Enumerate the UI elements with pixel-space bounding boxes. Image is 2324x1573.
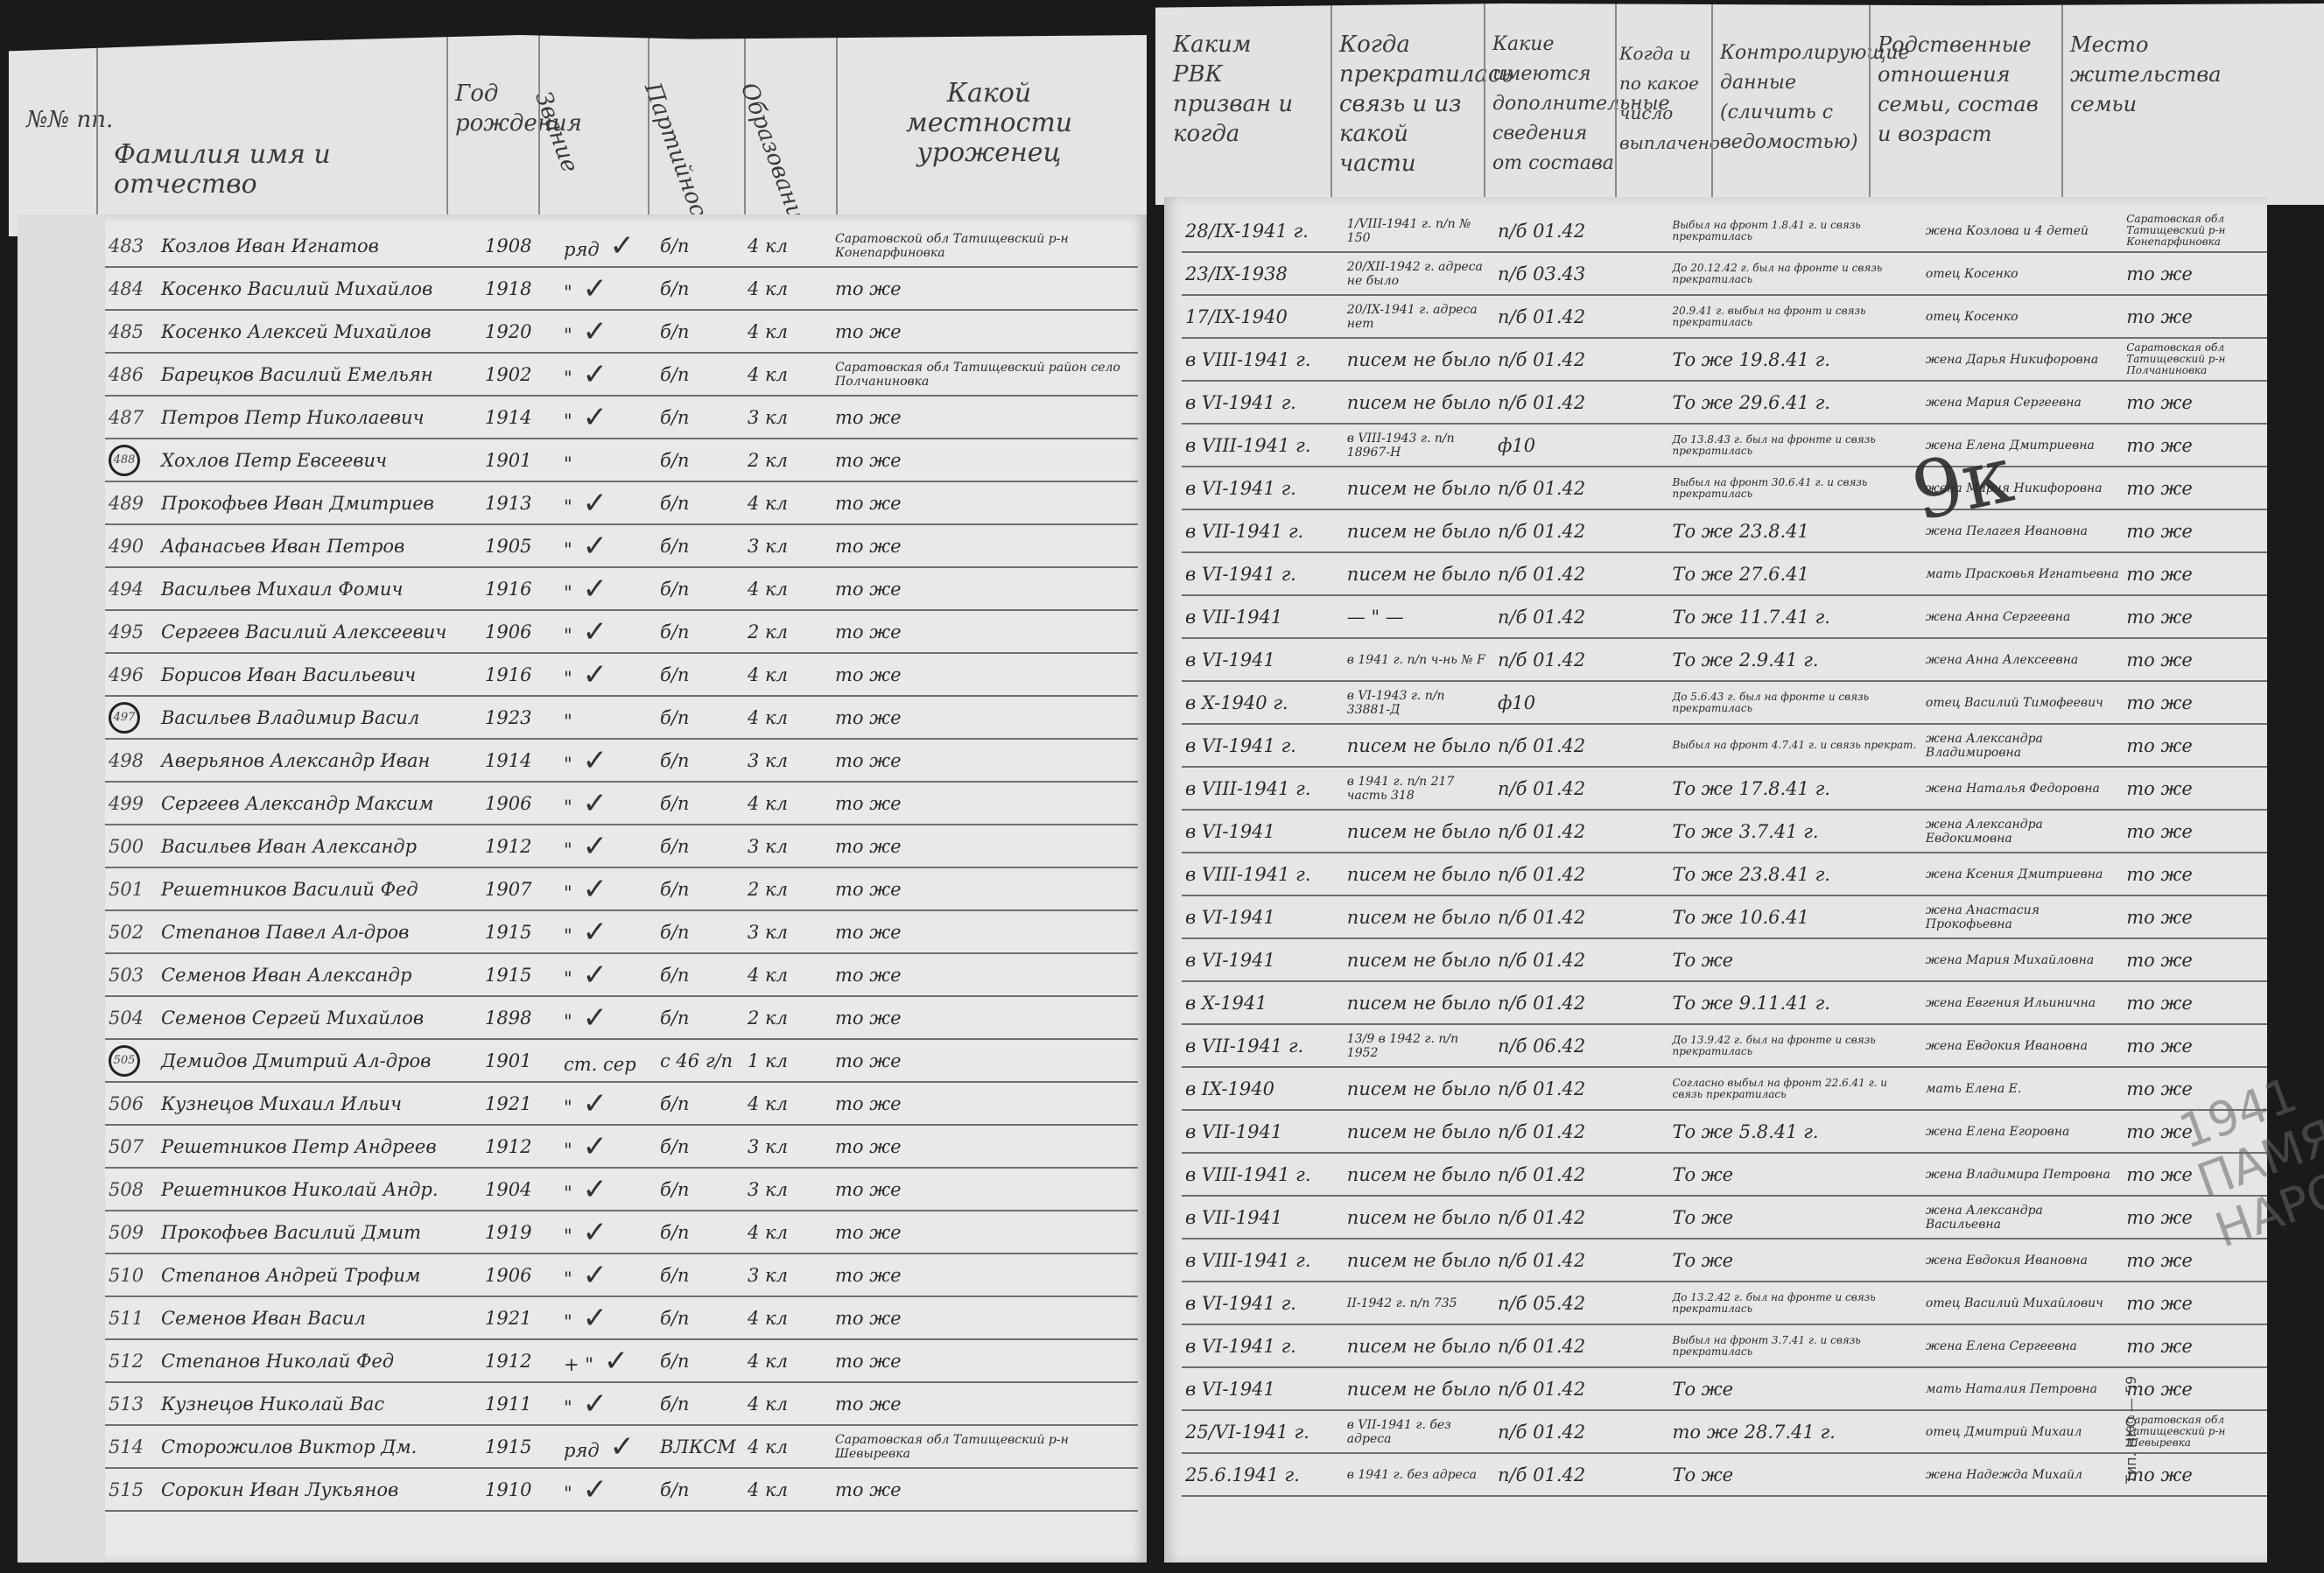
table-row: 504Семенов Сергей Михайлов1898" ✓б/п2 кл… <box>105 996 1138 1039</box>
control-data: То же <box>1668 1196 1921 1239</box>
origin: то же <box>832 524 1138 567</box>
full-name: Косенко Алексей Михайлов <box>158 310 481 353</box>
family-relation: отец Косенко <box>1922 252 2123 295</box>
family-residence: то же <box>2123 638 2267 681</box>
rvk-call-date: 25.6.1941 г. <box>1182 1453 1344 1496</box>
right-header-strip: Каким РВК призван и когда Когда прекрати… <box>1155 4 2324 205</box>
origin: то же <box>832 1468 1138 1511</box>
rank: " ✓ <box>560 1468 656 1511</box>
birth-year: 1902 <box>481 353 560 396</box>
family-relation: жена Надежда Михайл <box>1922 1453 2123 1496</box>
contact-ceased: в VI-1943 г. п/п 33881-Д <box>1344 681 1494 724</box>
checkmark-icon: ✓ <box>572 486 607 521</box>
birth-year: 1906 <box>481 1253 560 1296</box>
birth-year: 1913 <box>481 481 560 524</box>
contact-ceased: писем не было <box>1344 1239 1494 1282</box>
education: 2 кл <box>744 610 832 653</box>
family-relation: мать Елена Е. <box>1922 1067 2123 1110</box>
table-row: 506Кузнецов Михаил Ильич1921" ✓б/п4 клто… <box>105 1082 1138 1125</box>
checkmark-icon: ✓ <box>572 1387 607 1422</box>
origin: то же <box>832 867 1138 910</box>
table-row: в VI-1941 г.II-1942 г. п/п 735п/б 05.42Д… <box>1182 1282 2267 1324</box>
family-relation: жена Евгения Ильинична <box>1922 981 2123 1024</box>
party: б/п <box>656 696 744 739</box>
party: б/п <box>656 953 744 996</box>
header-origin: Какой местности уроженец <box>867 79 1112 168</box>
additional-info: п/б 01.42 <box>1494 1196 1668 1239</box>
table-row: 508Решетников Николай Андр.1904" ✓б/п3 к… <box>105 1168 1138 1211</box>
record-number: 496 <box>105 653 158 696</box>
table-row: 25.6.1941 г.в 1941 г. без адресап/б 01.4… <box>1182 1453 2267 1496</box>
table-row: в VII-1941 г.писем не былоп/б 01.42То же… <box>1182 509 2267 552</box>
rvk-call-date: в VII-1941 г. <box>1182 509 1344 552</box>
additional-info: п/б 01.42 <box>1494 1110 1668 1153</box>
header-control: Контролирующие данные (сличить с ведомос… <box>1720 39 1869 158</box>
control-data: То же <box>1668 1367 1921 1410</box>
record-number: 490 <box>105 524 158 567</box>
family-relation: жена Евдокия Ивановна <box>1922 1024 2123 1067</box>
control-data: Выбыл на фронт 30.6.41 г. и связь прекра… <box>1668 467 1921 509</box>
rvk-call-date: в VI-1941 <box>1182 638 1344 681</box>
birth-year: 1912 <box>481 1125 560 1168</box>
family-residence: то же <box>2123 595 2267 638</box>
rvk-call-date: в VI-1941 г. <box>1182 381 1344 424</box>
additional-info: п/б 01.42 <box>1494 853 1668 895</box>
additional-info: п/б 01.42 <box>1494 938 1668 981</box>
family-residence: то же <box>2123 509 2267 552</box>
full-name: Афанасьев Иван Петров <box>158 524 481 567</box>
control-data: То же 29.6.41 г. <box>1668 381 1921 424</box>
record-number: 494 <box>105 567 158 610</box>
table-row: 510Степанов Андрей Трофим1906" ✓б/п3 клт… <box>105 1253 1138 1296</box>
origin: то же <box>832 1039 1138 1082</box>
birth-year: 1906 <box>481 610 560 653</box>
table-row: 498Аверьянов Александр Иван1914" ✓б/п3 к… <box>105 739 1138 782</box>
birth-year: 1923 <box>481 696 560 739</box>
rank: " ✓ <box>560 867 656 910</box>
control-data: До 5.6.43 г. был на фронте и связь прекр… <box>1668 681 1921 724</box>
record-number: 489 <box>105 481 158 524</box>
table-row: в X-1941писем не былоп/б 01.42То же 9.11… <box>1182 981 2267 1024</box>
full-name: Решетников Николай Андр. <box>158 1168 481 1211</box>
left-margin <box>18 214 105 1562</box>
control-data: Согласно выбыл на фронт 22.6.41 г. и свя… <box>1668 1067 1921 1110</box>
checkmark-icon: ✓ <box>572 572 607 607</box>
control-data: То же 3.7.41 г. <box>1668 810 1921 853</box>
contact-ceased: 1/VIII-1941 г. п/п № 150 <box>1344 210 1494 252</box>
additional-info: п/б 01.42 <box>1494 210 1668 252</box>
birth-year: 1915 <box>481 910 560 953</box>
table-row: 499Сергеев Александр Максим1906" ✓б/п4 к… <box>105 782 1138 825</box>
table-row: в VIII-1941 г.писем не былоп/б 01.42То ж… <box>1182 1153 2267 1196</box>
rvk-call-date: в VI-1941 <box>1182 1367 1344 1410</box>
party: б/п <box>656 481 744 524</box>
contact-ceased: писем не было <box>1344 938 1494 981</box>
rank: " ✓ <box>560 653 656 696</box>
header-additional: Какие имеются дополнительные сведения от… <box>1492 30 1615 179</box>
rank: " ✓ <box>560 353 656 396</box>
rvk-call-date: 28/IX-1941 г. <box>1182 210 1344 252</box>
family-relation: мать Наталия Петровна <box>1922 1367 2123 1410</box>
checkmark-icon: ✓ <box>572 915 607 950</box>
party: б/п <box>656 996 744 1039</box>
table-row: в VI-1941 г.писем не былоп/б 01.42Выбыл … <box>1182 724 2267 767</box>
contact-ceased: 13/9 в 1942 г. п/п 1952 <box>1344 1024 1494 1067</box>
family-relation: жена Наталья Федоровна <box>1922 767 2123 810</box>
contact-ceased: — " — <box>1344 595 1494 638</box>
rvk-call-date: в VIII-1941 г. <box>1182 1153 1344 1196</box>
rank: " ✓ <box>560 1382 656 1425</box>
birth-year: 1898 <box>481 996 560 1039</box>
full-name: Прокофьев Василий Дмит <box>158 1211 481 1253</box>
family-relation: жена Евдокия Ивановна <box>1922 1239 2123 1282</box>
family-relation: жена Елена Сергеевна <box>1922 1324 2123 1367</box>
checkmark-icon: ✓ <box>572 529 607 564</box>
checkmark-icon: ✓ <box>572 1129 607 1164</box>
family-relation: жена Козлова и 4 детей <box>1922 210 2123 252</box>
additional-info: п/б 01.42 <box>1494 810 1668 853</box>
contact-ceased: 20/IX-1941 г. адреса нет <box>1344 295 1494 338</box>
additional-info: п/б 01.42 <box>1494 338 1668 381</box>
contact-ceased: писем не было <box>1344 1153 1494 1196</box>
origin: то же <box>832 1211 1138 1253</box>
family-residence: то же <box>2123 381 2267 424</box>
control-data: Выбыл на фронт 3.7.41 г. и связь прекрат… <box>1668 1324 1921 1367</box>
rvk-call-date: в X-1940 г. <box>1182 681 1344 724</box>
table-row: 486Барецков Василий Емельян1902" ✓б/п4 к… <box>105 353 1138 396</box>
full-name: Петров Петр Николаевич <box>158 396 481 439</box>
table-row: 484Косенко Василий Михайлов1918" ✓б/п4 к… <box>105 267 1138 310</box>
record-number: 512 <box>105 1339 158 1382</box>
party: б/п <box>656 610 744 653</box>
checkmark-icon: ✓ <box>593 1344 628 1379</box>
rvk-call-date: в X-1941 <box>1182 981 1344 1024</box>
full-name: Васильев Владимир Васил <box>158 696 481 739</box>
origin: то же <box>832 739 1138 782</box>
rank: + " ✓ <box>560 1339 656 1382</box>
origin: то же <box>832 910 1138 953</box>
party: б/п <box>656 867 744 910</box>
table-row: в VII-1941писем не былоп/б 01.42То же 5.… <box>1182 1110 2267 1153</box>
birth-year: 1920 <box>481 310 560 353</box>
control-data: До 20.12.42 г. был на фронте и связь пре… <box>1668 252 1921 295</box>
family-relation: жена Мария Михайловна <box>1922 938 2123 981</box>
education: 4 кл <box>744 1082 832 1125</box>
additional-info: п/б 01.42 <box>1494 381 1668 424</box>
table-row: 23/IX-193820/XII-1942 г. адреса не былоп… <box>1182 252 2267 295</box>
additional-info: п/б 01.42 <box>1494 295 1668 338</box>
full-name: Кузнецов Михаил Ильич <box>158 1082 481 1125</box>
record-number: 513 <box>105 1382 158 1425</box>
rank: " ✓ <box>560 1296 656 1339</box>
birth-year: 1906 <box>481 782 560 825</box>
table-row: 515Сорокин Иван Лукьянов1910" ✓б/п4 клто… <box>105 1468 1138 1511</box>
printer-mark: Тип. НКО — 59 <box>2123 1376 2139 1484</box>
record-number: 486 <box>105 353 158 396</box>
control-data: То же 23.8.41 <box>1668 509 1921 552</box>
rank: " ✓ <box>560 825 656 867</box>
rvk-call-date: в VIII-1941 г. <box>1182 424 1344 467</box>
record-number: 487 <box>105 396 158 439</box>
rank: " ✓ <box>560 1211 656 1253</box>
party: ВЛКСМ <box>656 1425 744 1468</box>
additional-info: п/б 01.42 <box>1494 981 1668 1024</box>
additional-info: п/б 01.42 <box>1494 1453 1668 1496</box>
birth-year: 1916 <box>481 567 560 610</box>
table-row: в IX-1940писем не былоп/б 01.42Согласно … <box>1182 1067 2267 1110</box>
table-row: 512Степанов Николай Фед1912+ " ✓б/п4 клт… <box>105 1339 1138 1382</box>
table-row: в X-1940 г.в VI-1943 г. п/п 33881-Дф10До… <box>1182 681 2267 724</box>
table-row: 511Семенов Иван Васил1921" ✓б/п4 клто же <box>105 1296 1138 1339</box>
rvk-call-date: 25/VI-1941 г. <box>1182 1410 1344 1453</box>
education: 2 кл <box>744 439 832 481</box>
additional-info: п/б 01.42 <box>1494 767 1668 810</box>
contact-ceased: писем не было <box>1344 853 1494 895</box>
table-row: в VIII-1941 г.писем не былоп/б 01.42То ж… <box>1182 1239 2267 1282</box>
family-relation: жена Анна Сергеевна <box>1922 595 2123 638</box>
full-name: Аверьянов Александр Иван <box>158 739 481 782</box>
table-row: в VIII-1941 г.писем не былоп/б 01.42То ж… <box>1182 338 2267 381</box>
contact-ceased: в 1941 г. без адреса <box>1344 1453 1494 1496</box>
control-data: То же 23.8.41 г. <box>1668 853 1921 895</box>
contact-ceased: писем не было <box>1344 509 1494 552</box>
birth-year: 1908 <box>481 225 560 267</box>
checkmark-icon: ✓ <box>572 872 607 907</box>
family-relation: отец Василий Тимофеевич <box>1922 681 2123 724</box>
birth-year: 1915 <box>481 953 560 996</box>
contact-ceased: писем не было <box>1344 1367 1494 1410</box>
family-relation: мать Прасковья Игнатьевна <box>1922 552 2123 595</box>
table-row: в VIII-1941 г.в 1941 г. п/п 217 часть 31… <box>1182 767 2267 810</box>
party: б/п <box>656 1125 744 1168</box>
education: 3 кл <box>744 1125 832 1168</box>
rvk-call-date: в VI-1941 г. <box>1182 1324 1344 1367</box>
party: б/п <box>656 653 744 696</box>
family-residence: то же <box>2123 810 2267 853</box>
full-name: Степанов Андрей Трофим <box>158 1253 481 1296</box>
full-name: Барецков Василий Емельян <box>158 353 481 396</box>
family-residence: то же <box>2123 1324 2267 1367</box>
full-name: Борисов Иван Васильевич <box>158 653 481 696</box>
checkmark-icon: ✓ <box>572 1172 607 1207</box>
full-name: Семенов Иван Васил <box>158 1296 481 1339</box>
control-data: То же <box>1668 1239 1921 1282</box>
birth-year: 1921 <box>481 1082 560 1125</box>
right-register-table: 28/IX-1941 г.1/VIII-1941 г. п/п № 150п/б… <box>1182 210 2267 1497</box>
family-relation: жена Дарья Никифоровна <box>1922 338 2123 381</box>
family-relation: отец Косенко <box>1922 295 2123 338</box>
family-residence: то же <box>2123 767 2267 810</box>
party: б/п <box>656 1211 744 1253</box>
rank: " ✓ <box>560 953 656 996</box>
origin: Саратовской обл Татищевский р-н Конепарф… <box>832 225 1138 267</box>
birth-year: 1901 <box>481 1039 560 1082</box>
additional-info: ф10 <box>1494 424 1668 467</box>
education: 4 кл <box>744 353 832 396</box>
table-row: 17/IX-194020/IX-1941 г. адреса нетп/б 01… <box>1182 295 2267 338</box>
record-number: 500 <box>105 825 158 867</box>
additional-info: п/б 01.42 <box>1494 1239 1668 1282</box>
full-name: Сторожилов Виктор Дм. <box>158 1425 481 1468</box>
full-name: Сергеев Александр Максим <box>158 782 481 825</box>
birth-year: 1912 <box>481 825 560 867</box>
education: 4 кл <box>744 567 832 610</box>
additional-info: п/б 01.42 <box>1494 552 1668 595</box>
additional-info: п/б 01.42 <box>1494 1410 1668 1453</box>
document-scan: №№ пп. Фамилия имя и отчество Год рожден… <box>0 0 2324 1573</box>
family-residence: то же <box>2123 552 2267 595</box>
rvk-call-date: в VI-1941 <box>1182 895 1344 938</box>
rvk-call-date: в VI-1941 г. <box>1182 724 1344 767</box>
party: б/п <box>656 267 744 310</box>
family-residence: то же <box>2123 295 2267 338</box>
family-relation: жена Александра Васильевна <box>1922 1196 2123 1239</box>
additional-info: п/б 01.42 <box>1494 724 1668 767</box>
table-row: в VI-1941писем не былоп/б 01.42То же 10.… <box>1182 895 2267 938</box>
party: б/п <box>656 739 744 782</box>
right-page: 28/IX-1941 г.1/VIII-1941 г. п/п № 150п/б… <box>1164 197 2267 1562</box>
birth-year: 1914 <box>481 739 560 782</box>
table-row: 505Демидов Дмитрий Ал-дров1901ст. сер с … <box>105 1039 1138 1082</box>
family-residence: то же <box>2123 895 2267 938</box>
rvk-call-date: в VI-1941 г. <box>1182 552 1344 595</box>
full-name: Васильев Михаил Фомич <box>158 567 481 610</box>
full-name: Прокофьев Иван Дмитриев <box>158 481 481 524</box>
rvk-call-date: в VI-1941 <box>1182 810 1344 853</box>
control-data: То же 27.6.41 <box>1668 552 1921 595</box>
party: б/п <box>656 310 744 353</box>
control-data: Выбыл на фронт 4.7.41 г. и связь прекрат… <box>1668 724 1921 767</box>
birth-year: 1919 <box>481 1211 560 1253</box>
family-residence: то же <box>2123 681 2267 724</box>
table-row: 485Косенко Алексей Михайлов1920" ✓б/п4 к… <box>105 310 1138 353</box>
origin: то же <box>832 439 1138 481</box>
record-number: 504 <box>105 996 158 1039</box>
contact-ceased: писем не было <box>1344 338 1494 381</box>
rvk-call-date: в VIII-1941 г. <box>1182 853 1344 895</box>
contact-ceased: писем не было <box>1344 981 1494 1024</box>
full-name: Сергеев Василий Алексеевич <box>158 610 481 653</box>
header-name: Фамилия имя и отчество <box>114 140 429 200</box>
rank: " ✓ <box>560 1082 656 1125</box>
rank: " ✓ <box>560 910 656 953</box>
record-number: 508 <box>105 1168 158 1211</box>
control-data: Выбыл на фронт 1.8.41 г. и связь прекрат… <box>1668 210 1921 252</box>
record-number: 515 <box>105 1468 158 1511</box>
rank: " ✓ <box>560 310 656 353</box>
rvk-call-date: в VII-1941 <box>1182 595 1344 638</box>
contact-ceased: в VIII-1943 г. п/п 18967-Н <box>1344 424 1494 467</box>
header-relation: Родственные отношения семьи, состав и во… <box>1878 30 2053 149</box>
record-number: 499 <box>105 782 158 825</box>
checkmark-icon: ✓ <box>572 958 607 993</box>
checkmark-icon: ✓ <box>572 1301 607 1336</box>
checkmark-icon: ✓ <box>572 1258 607 1293</box>
additional-info: п/б 01.42 <box>1494 1324 1668 1367</box>
education: 4 кл <box>744 953 832 996</box>
party: б/п <box>656 1468 744 1511</box>
header-contact-ceased: Когда прекратилась связь и из какой част… <box>1339 30 1479 179</box>
origin: то же <box>832 653 1138 696</box>
additional-info: п/б 01.42 <box>1494 1367 1668 1410</box>
table-row: 500Васильев Иван Александр1912" ✓б/п3 кл… <box>105 825 1138 867</box>
additional-info: ф10 <box>1494 681 1668 724</box>
education: 4 кл <box>744 653 832 696</box>
control-data: То же 17.8.41 г. <box>1668 767 1921 810</box>
control-data: То же <box>1668 1153 1921 1196</box>
contact-ceased: 20/XII-1942 г. адреса не было <box>1344 252 1494 295</box>
family-relation: жена Мария Сергеевна <box>1922 381 2123 424</box>
family-relation: жена Владимира Петровна <box>1922 1153 2123 1196</box>
checkmark-icon: ✓ <box>572 614 607 650</box>
control-data: То же 11.7.41 г. <box>1668 595 1921 638</box>
party: б/п <box>656 1168 744 1211</box>
rvk-call-date: в VIII-1941 г. <box>1182 1239 1344 1282</box>
additional-info: п/б 01.42 <box>1494 467 1668 509</box>
table-row: 497Васильев Владимир Васил1923" б/п4 клт… <box>105 696 1138 739</box>
rank: " ✓ <box>560 1168 656 1211</box>
party: б/п <box>656 825 744 867</box>
education: 4 кл <box>744 1296 832 1339</box>
table-row: 494Васильев Михаил Фомич1916" ✓б/п4 клто… <box>105 567 1138 610</box>
education: 4 кл <box>744 1425 832 1468</box>
header-education: Образование <box>734 79 815 236</box>
family-residence: Саратовская обл Татищевский р-н Конепарф… <box>2123 210 2267 252</box>
family-residence: то же <box>2123 467 2267 509</box>
control-data: то же 28.7.41 г. <box>1668 1410 1921 1453</box>
header-no: №№ пп. <box>26 105 113 135</box>
control-data: То же 10.6.41 <box>1668 895 1921 938</box>
table-row: в VI-1941 г.писем не былоп/б 01.42То же … <box>1182 381 2267 424</box>
additional-info: п/б 06.42 <box>1494 1024 1668 1067</box>
record-number: 503 <box>105 953 158 996</box>
birth-year: 1912 <box>481 1339 560 1382</box>
table-row: в VI-1941 г.писем не былоп/б 01.42То же … <box>1182 552 2267 595</box>
party: с 46 г/п <box>656 1039 744 1082</box>
education: 4 кл <box>744 481 832 524</box>
checkmark-icon: ✓ <box>572 743 607 778</box>
origin: то же <box>832 825 1138 867</box>
table-row: 503Семенов Иван Александр1915" ✓б/п4 клт… <box>105 953 1138 996</box>
table-row: 507Решетников Петр Андреев1912" ✓б/п3 кл… <box>105 1125 1138 1168</box>
party: б/п <box>656 782 744 825</box>
table-row: в VIII-1941 г.в VIII-1943 г. п/п 18967-Н… <box>1182 424 2267 467</box>
birth-year: 1918 <box>481 267 560 310</box>
rvk-call-date: в VI-1941 <box>1182 938 1344 981</box>
education: 4 кл <box>744 1339 832 1382</box>
family-residence: то же <box>2123 252 2267 295</box>
birth-year: 1907 <box>481 867 560 910</box>
full-name: Васильев Иван Александр <box>158 825 481 867</box>
table-row: 495Сергеев Василий Алексеевич1906" ✓б/п2… <box>105 610 1138 653</box>
family-residence: Саратовская обл Татищевский р-н Полчанин… <box>2123 338 2267 381</box>
contact-ceased: в VII-1941 г. без адреса <box>1344 1410 1494 1453</box>
birth-year: 1915 <box>481 1425 560 1468</box>
table-row: 488Хохлов Петр Евсеевич1901" б/п2 клто ж… <box>105 439 1138 481</box>
table-row: 501Решетников Василий Фед1907" ✓б/п2 клт… <box>105 867 1138 910</box>
family-residence: то же <box>2123 1453 2267 1496</box>
education: 3 кл <box>744 910 832 953</box>
family-residence: то же <box>2123 424 2267 467</box>
left-page: 483Козлов Иван Игнатов1908ряд ✓б/п4 клСа… <box>18 214 1147 1562</box>
checkmark-icon: ✓ <box>572 1472 607 1507</box>
full-name: Степанов Николай Фед <box>158 1339 481 1382</box>
party: б/п <box>656 567 744 610</box>
family-relation: жена Анна Алексеевна <box>1922 638 2123 681</box>
record-number: 507 <box>105 1125 158 1168</box>
table-row: 489Прокофьев Иван Дмитриев1913" ✓б/п4 кл… <box>105 481 1138 524</box>
contact-ceased: в 1941 г. п/п ч-нь № F <box>1344 638 1494 681</box>
